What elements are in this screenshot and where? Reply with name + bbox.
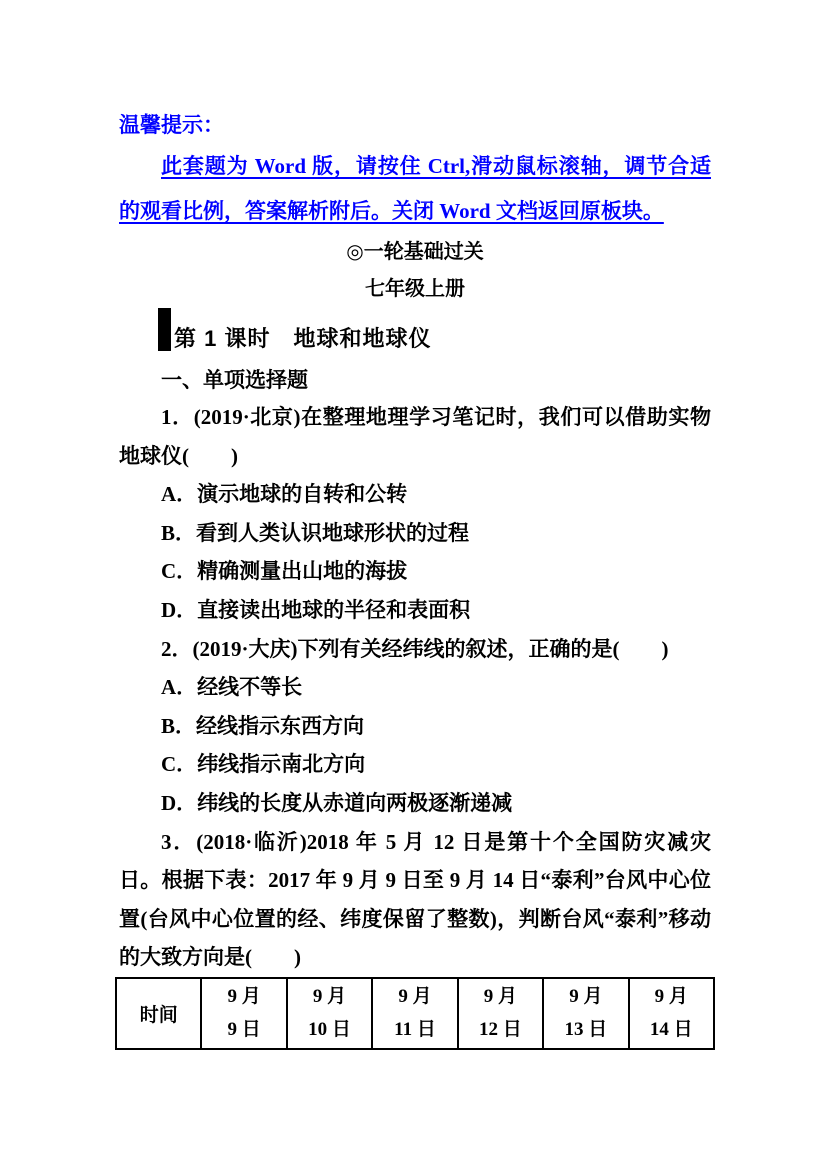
table-date-cell: 9 月 14 日 — [629, 978, 714, 1049]
question-option: A．演示地球的自转和公转 — [119, 475, 711, 514]
table-date-cell: 9 月 9 日 — [201, 978, 286, 1049]
section-title: 一、单项选择题 — [161, 366, 711, 396]
question-stem: 1．(2019·北京)在整理地理学习笔记时，我们可以借助实物地球仪( ) — [119, 398, 711, 475]
question-option: B．经线指示东西方向 — [119, 707, 711, 746]
document-page: 温馨提示： 此套题为 Word 版，请按住 Ctrl,滑动鼠标滚轴，调节合适的观… — [0, 0, 827, 1169]
table-row: 时间 9 月 9 日 9 月 10 日 9 月 11 日 9 月 12 日 — [116, 978, 714, 1049]
question-option: D．直接读出地球的半径和表面积 — [119, 591, 711, 630]
lesson-heading: 第 1 课时 地球和地球仪 — [158, 308, 711, 351]
question-option: A．经线不等长 — [119, 668, 711, 707]
table-header-cell: 时间 — [116, 978, 201, 1049]
document-content: 温馨提示： 此套题为 Word 版，请按住 Ctrl,滑动鼠标滚轴，调节合适的观… — [119, 0, 711, 1050]
table-date-cell: 9 月 11 日 — [372, 978, 457, 1049]
date-day: 12 日 — [459, 1013, 542, 1046]
round-header: ◎一轮基础过关 — [119, 234, 711, 271]
date-month: 9 月 — [202, 980, 285, 1013]
date-month: 9 月 — [544, 980, 627, 1013]
date-day: 14 日 — [630, 1013, 713, 1046]
heading-bar-icon — [158, 308, 171, 351]
date-day: 13 日 — [544, 1013, 627, 1046]
lesson-heading-text: 第 1 课时 地球和地球仪 — [174, 326, 431, 351]
question-option: C．纬线指示南北方向 — [119, 745, 711, 784]
table-date-cell: 9 月 13 日 — [543, 978, 628, 1049]
date-day: 11 日 — [373, 1013, 456, 1046]
date-month: 9 月 — [373, 980, 456, 1013]
date-month: 9 月 — [288, 980, 371, 1013]
table-date-cell: 9 月 10 日 — [287, 978, 372, 1049]
date-day: 10 日 — [288, 1013, 371, 1046]
notice-body: 此套题为 Word 版，请按住 Ctrl,滑动鼠标滚轴，调节合适的观看比例，答案… — [119, 144, 711, 234]
date-month: 9 月 — [459, 980, 542, 1013]
date-day: 9 日 — [202, 1013, 285, 1046]
question-stem: 2．(2019·大庆)下列有关经纬线的叙述，正确的是( ) — [119, 630, 711, 669]
question-option: D．纬线的长度从赤道向两极逐渐递减 — [119, 784, 711, 823]
typhoon-table: 时间 9 月 9 日 9 月 10 日 9 月 11 日 9 月 12 日 — [115, 977, 715, 1050]
book-title: 七年级上册 — [119, 271, 711, 308]
question-option: C．精确测量出山地的海拔 — [119, 552, 711, 591]
question-stem: 3．(2018·临沂)2018 年 5 月 12 日是第十个全国防灾减灾日。根据… — [119, 823, 711, 977]
question-option: B．看到人类认识地球形状的过程 — [119, 514, 711, 553]
date-month: 9 月 — [630, 980, 713, 1013]
table-date-cell: 9 月 12 日 — [458, 978, 543, 1049]
notice-title: 温馨提示： — [119, 106, 711, 144]
